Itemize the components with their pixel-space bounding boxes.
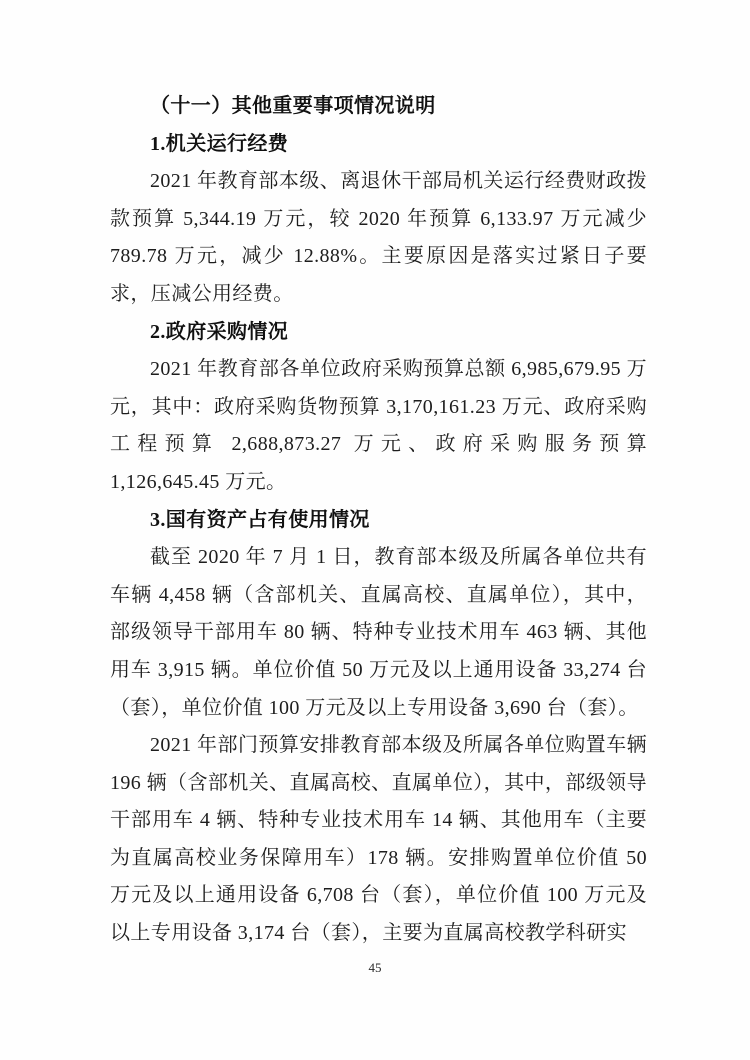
subsection-3-heading: 3.国有资产占有使用情况 bbox=[110, 502, 647, 540]
subsection-3-paragraph-2: 2021 年部门预算安排教育部本级及所属各单位购置车辆 196 辆（含部机关、直… bbox=[110, 727, 647, 953]
subsection-1-heading: 1.机关运行经费 bbox=[110, 126, 647, 164]
section-heading: （十一）其他重要事项情况说明 bbox=[110, 88, 647, 126]
subsection-state-owned-assets: 3.国有资产占有使用情况 截至 2020 年 7 月 1 日，教育部本级及所属各… bbox=[110, 502, 647, 953]
page-number: 45 bbox=[0, 958, 750, 978]
document-body: （十一）其他重要事项情况说明 1.机关运行经费 2021 年教育部本级、离退休干… bbox=[110, 88, 647, 953]
subsection-2-paragraph-1: 2021 年教育部各单位政府采购预算总额 6,985,679.95 万元，其中：… bbox=[110, 351, 647, 501]
subsection-1-paragraph-1: 2021 年教育部本级、离退休干部局机关运行经费财政拨款预算 5,344.19 … bbox=[110, 163, 647, 313]
document-page: （十一）其他重要事项情况说明 1.机关运行经费 2021 年教育部本级、离退休干… bbox=[0, 0, 750, 1060]
subsection-2-heading: 2.政府采购情况 bbox=[110, 314, 647, 352]
subsection-government-procurement: 2.政府采购情况 2021 年教育部各单位政府采购预算总额 6,985,679.… bbox=[110, 314, 647, 502]
subsection-3-paragraph-1: 截至 2020 年 7 月 1 日，教育部本级及所属各单位共有车辆 4,458 … bbox=[110, 539, 647, 727]
subsection-agency-operating-expenses: 1.机关运行经费 2021 年教育部本级、离退休干部局机关运行经费财政拨款预算 … bbox=[110, 126, 647, 314]
